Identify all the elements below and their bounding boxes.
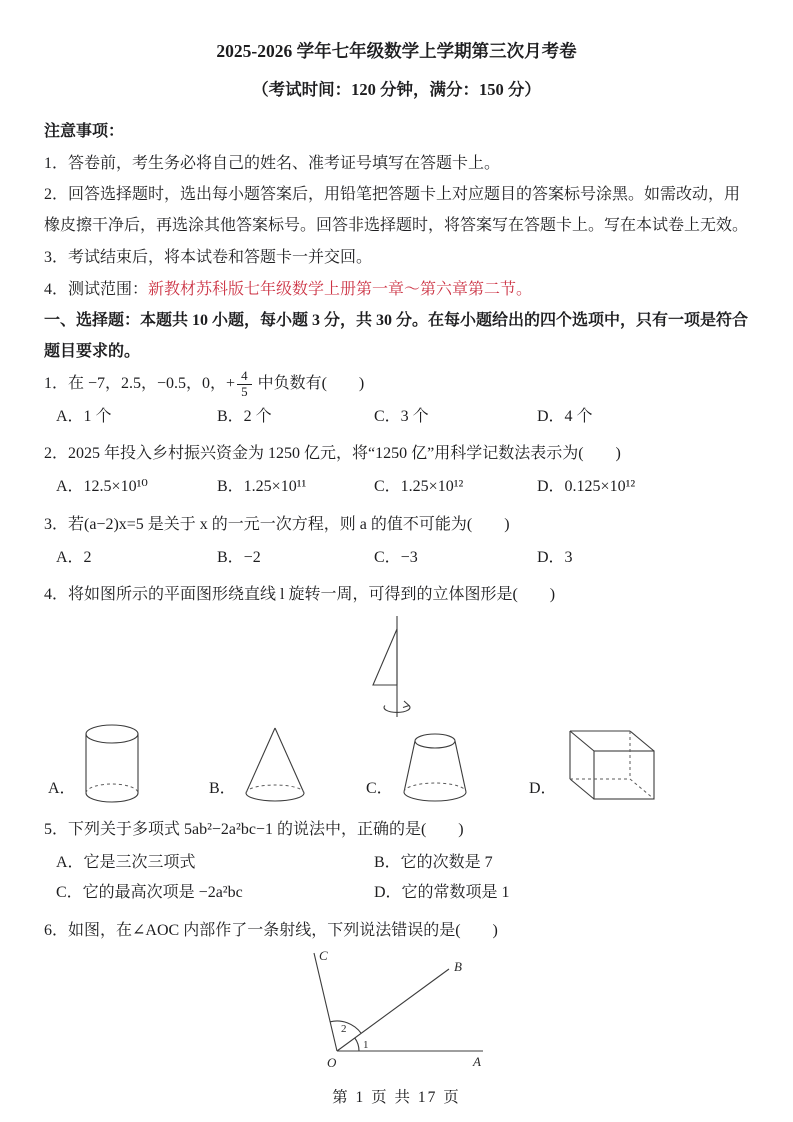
q1-option-d: D．4 个 — [537, 402, 749, 433]
vertex-o-label: O — [327, 1055, 337, 1070]
q4-option-b: B． — [209, 725, 366, 805]
q3-option-c: C．−3 — [374, 543, 537, 574]
ray-b-label: B — [454, 959, 462, 974]
q5-stem: 5．下列关于多项式 5ab²−2a²bc−1 的说法中，正确的是( ) — [44, 815, 749, 846]
q1-stem-prefix: 1．在 −7，2.5，−0.5，0，+ — [44, 375, 235, 392]
exam-page: 2025-2026 学年七年级数学上学期第三次月考卷 （考试时间：120 分钟，… — [0, 0, 793, 1122]
q1-option-a: A．1 个 — [56, 402, 217, 433]
page-title: 2025-2026 学年七年级数学上学期第三次月考卷 — [44, 38, 749, 64]
notice-item-1: 1．答卷前，考生务必将自己的姓名、准考证号填写在答题卡上。 — [44, 149, 749, 180]
q1-stem-suffix: 中负数有( ) — [254, 375, 365, 392]
q1-fraction-numerator: 4 — [237, 369, 252, 385]
frustum-figure — [400, 729, 470, 805]
cone-figure — [243, 725, 307, 805]
notice-item-3: 3．考试结束后，将本试卷和答题卡一并交回。 — [44, 243, 749, 274]
q4-option-c-label: C． — [366, 774, 393, 805]
rotation-axis-triangle-figure — [332, 613, 462, 721]
q4-option-d: D． — [529, 725, 749, 805]
notice-item-4-scope: 新教材苏科版七年级数学上册第一章～第六章第二节。 — [148, 281, 532, 298]
q1-option-b: B．2 个 — [217, 402, 374, 433]
q3-stem: 3．若(a−2)x=5 是关于 x 的一元一次方程，则 a 的值不可能为( ) — [44, 510, 749, 541]
q2-option-c: C．1.25×10¹² — [374, 472, 537, 503]
q4-option-a-label: A． — [48, 774, 76, 805]
q4-options: A． B． — [44, 723, 749, 805]
q4-option-c: C． — [366, 729, 529, 805]
q2-option-d: D．0.125×10¹² — [537, 472, 749, 503]
q5-option-c: C．它的最高次项是 −2a²bc — [56, 878, 374, 909]
q2-option-a: A．12.5×10¹⁰ — [56, 472, 217, 503]
page-footer: 第 1 页 共 17 页 — [44, 1083, 749, 1113]
notice-item-2: 2．回答选择题时，选出每小题答案后，用铅笔把答题卡上对应题目的答案标号涂黑。如需… — [44, 180, 749, 241]
q2-option-b: B．1.25×10¹¹ — [217, 472, 374, 503]
q5-option-d: D．它的常数项是 1 — [374, 878, 749, 909]
cuboid-figure — [564, 725, 658, 805]
angle-aoc-figure: O A B C 1 2 — [297, 949, 497, 1075]
ray-a-label: A — [472, 1054, 481, 1069]
q3-options: A．2 B．−2 C．−3 D．3 — [44, 543, 749, 574]
rotation-arrowhead-icon — [403, 701, 409, 708]
angle-2-label: 2 — [341, 1023, 347, 1035]
q5-option-b: B．它的次数是 7 — [374, 848, 749, 879]
q5-option-a: A．它是三次三项式 — [56, 848, 374, 879]
q4-option-a: A． — [48, 723, 209, 805]
q3-option-a: A．2 — [56, 543, 217, 574]
section1-heading: 一、选择题：本题共 10 小题，每小题 3 分，共 30 分。在每小题给出的四个… — [44, 306, 749, 367]
q2-stem: 2．2025 年投入乡村振兴资金为 1250 亿元，将“1250 亿”用科学记数… — [44, 439, 749, 470]
q4-stem: 4．将如图所示的平面图形绕直线 l 旋转一周，可得到的立体图形是( ) — [44, 580, 749, 611]
q1-options: A．1 个 B．2 个 C．3 个 D．4 个 — [44, 402, 749, 433]
q2-options: A．12.5×10¹⁰ B．1.25×10¹¹ C．1.25×10¹² D．0.… — [44, 472, 749, 503]
angle-1-label: 1 — [363, 1039, 369, 1051]
q1-fraction-denominator: 5 — [237, 385, 252, 400]
cylinder-figure — [83, 723, 141, 805]
q3-option-b: B．−2 — [217, 543, 374, 574]
q1-fraction: 45 — [237, 369, 252, 400]
q4-option-d-label: D． — [529, 774, 557, 805]
notice-item-4: 4．测试范围：新教材苏科版七年级数学上册第一章～第六章第二节。 — [44, 275, 749, 306]
q4-option-b-label: B． — [209, 774, 236, 805]
notice-item-4-prefix: 4．测试范围： — [44, 281, 148, 298]
q3-option-d: D．3 — [537, 543, 749, 574]
q5-options: A．它是三次三项式 B．它的次数是 7 C．它的最高次项是 −2a²bc D．它… — [44, 848, 749, 909]
ray-c-label: C — [319, 949, 328, 963]
q6-stem: 6．如图，在∠AOC 内部作了一条射线，下列说法错误的是( ) — [44, 916, 749, 947]
notice-heading: 注意事项： — [44, 117, 749, 148]
q1-option-c: C．3 个 — [374, 402, 537, 433]
page-subtitle: （考试时间：120 分钟，满分：150 分） — [44, 78, 749, 103]
q1-stem: 1．在 −7，2.5，−0.5，0，+45 中负数有( ) — [44, 369, 749, 400]
